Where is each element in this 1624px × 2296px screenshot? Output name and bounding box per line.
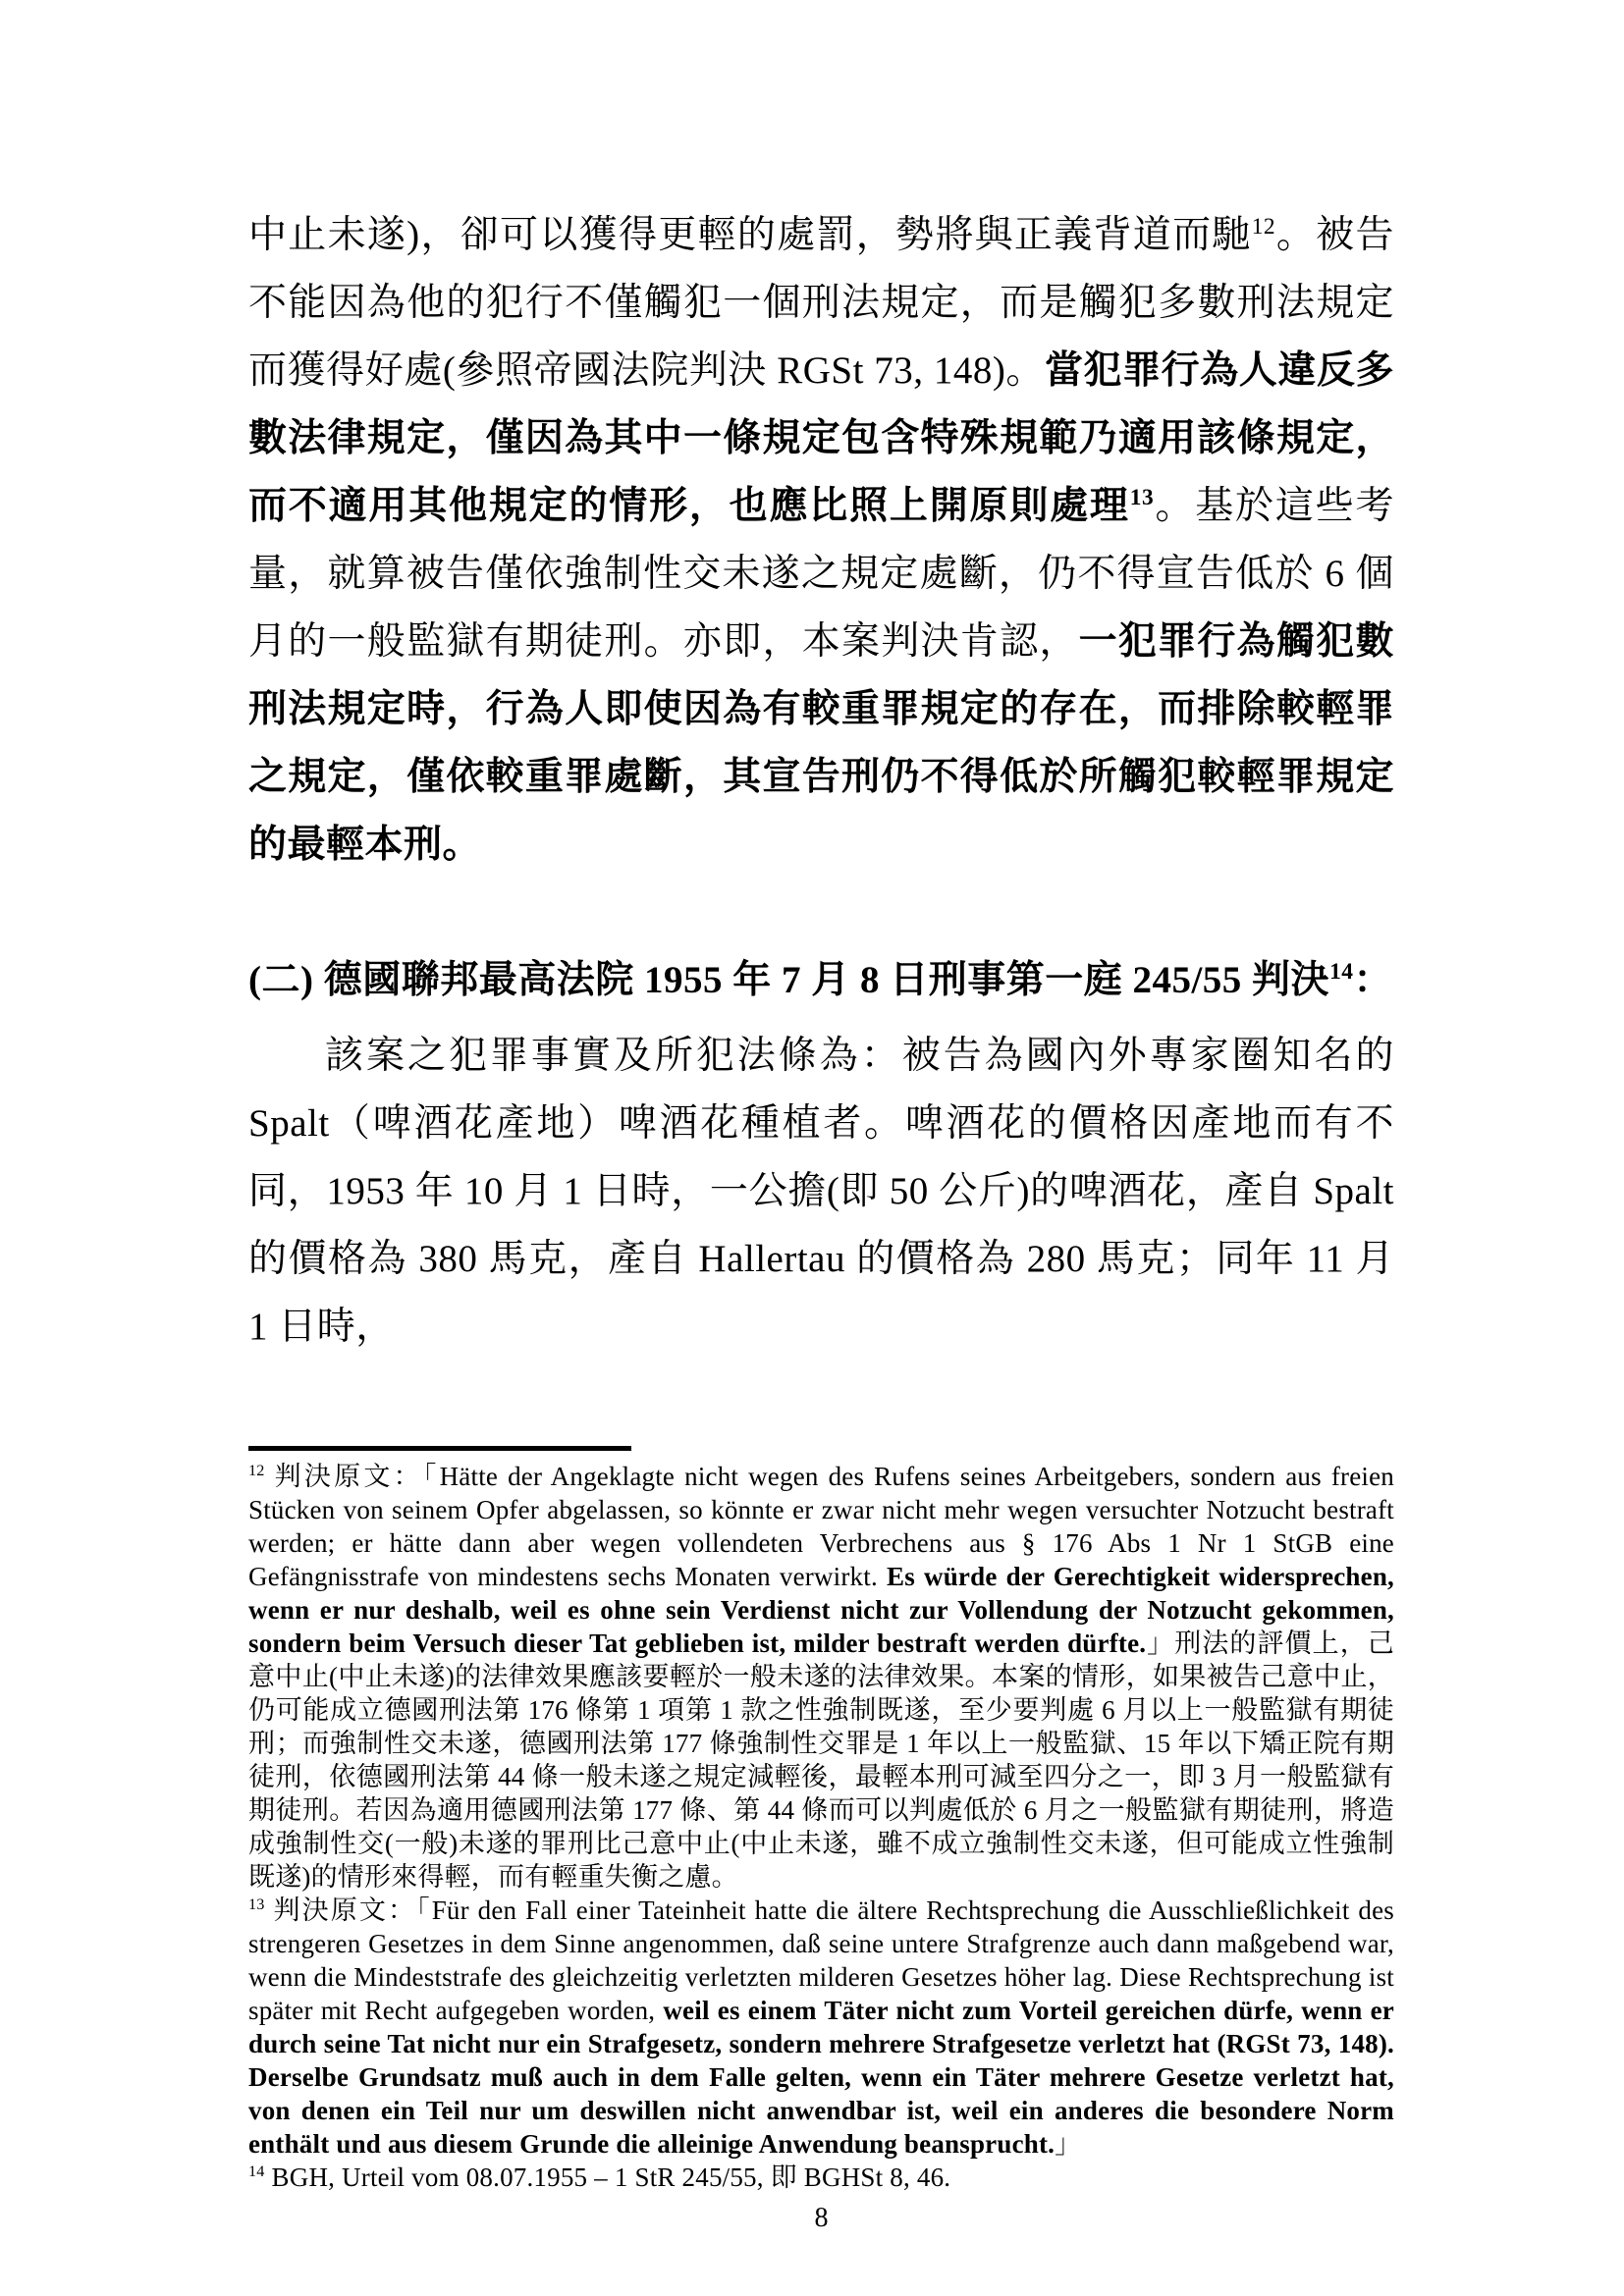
page-content: 中止未遂)，卻可以獲得更輕的處罰，勢將與正義背道而馳12。被告不能因為他的犯行不… xyxy=(248,0,1394,2235)
footnote-12: 12 判決原文：「Hätte der Angeklagte nicht wege… xyxy=(248,1460,1394,1894)
footnote-reference: 13 xyxy=(248,1896,265,1913)
text-run: 中止未遂)，卻可以獲得更輕的處罰，勢將與正義背道而馳 xyxy=(248,214,1252,256)
footnote-reference: 14 xyxy=(1329,959,1353,985)
text-run: ： xyxy=(1353,959,1392,1001)
footnote-14: 14 BGH, Urteil vom 08.07.1955 – 1 StR 24… xyxy=(248,2161,1394,2194)
text-run: 」刑法的評價上，己意中止(中止未遂)的法律效果應該要輕於一般未遂的法律效果。本案… xyxy=(248,1629,1394,1892)
section-heading: (二) 德國聯邦最高法院 1955 年 7 月 8 日刑事第一庭 245/55 … xyxy=(248,946,1394,1014)
paragraph-continuation: 中止未遂)，卻可以獲得更輕的處罰，勢將與正義背道而馳12。被告不能因為他的犯行不… xyxy=(248,201,1394,879)
footnote-reference: 14 xyxy=(248,2163,265,2180)
text-run: (二) 德國聯邦最高法院 1955 年 7 月 8 日刑事第一庭 245/55 … xyxy=(248,959,1329,1001)
text-run: 該案之犯罪事實及所犯法條為：被告為國內外專家圈知名的 Spalt（啤酒花產地）啤… xyxy=(248,1035,1394,1348)
text-run: BGH, Urteil vom 08.07.1955 – 1 StR 245/5… xyxy=(265,2163,951,2192)
footnotes-section: 12 判決原文：「Hätte der Angeklagte nicht wege… xyxy=(248,1460,1394,2194)
document-page: 中止未遂)，卻可以獲得更輕的處罰，勢將與正義背道而馳12。被告不能因為他的犯行不… xyxy=(0,0,1624,2296)
page-number: 8 xyxy=(248,2202,1394,2235)
footnote-separator xyxy=(248,1446,631,1451)
footnote-13: 13 判決原文：「Für den Fall einer Tateinheit h… xyxy=(248,1894,1394,2161)
footnote-reference: 12 xyxy=(1252,214,1275,240)
text-run: 」 xyxy=(1055,2129,1081,2159)
footnote-reference: 13 xyxy=(1130,485,1154,510)
paragraph-case-facts: 該案之犯罪事實及所犯法條為：被告為國內外專家圈知名的 Spalt（啤酒花產地）啤… xyxy=(248,1022,1394,1361)
footnote-reference: 12 xyxy=(248,1462,265,1479)
